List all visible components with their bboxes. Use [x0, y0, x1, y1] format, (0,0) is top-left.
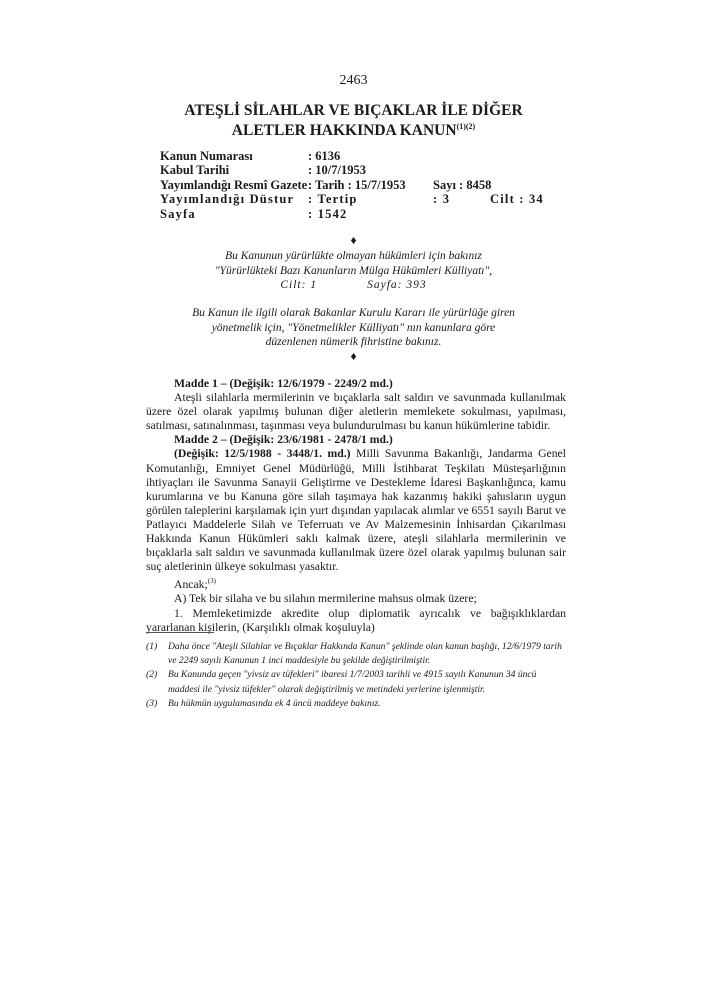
- meta-cilt: Cilt : 34: [490, 192, 544, 206]
- footnote-separator: [146, 632, 214, 633]
- article-2-amendment: (Değişik: 12/5/1988 - 3448/1. md.): [174, 447, 351, 460]
- footnote-text: Bu hükmün uygulamasında ek 4 üncü maddey…: [168, 698, 381, 709]
- meta-tertip-number: : 3: [433, 192, 450, 206]
- article-1-text: Ateşli silahlarla mermilerinin ve bıçakl…: [146, 391, 566, 433]
- meta-gazette-issue: Sayı : 8458: [433, 178, 491, 192]
- footnote-text: Bu Kanunda geçen "yivsiz av tüfekleri" i…: [168, 669, 536, 694]
- note-volume: Cilt: 1: [280, 278, 317, 293]
- title-line-1: ATEŞLİ SİLAHLAR VE BIÇAKLAR İLE DİĞER: [0, 103, 707, 119]
- article-2-heading: Madde 2 – (Değişik: 23/6/1981 - 2478/1 m…: [146, 433, 566, 447]
- footnote-3: (3) Bu hükmün uygulamasında ek 4 üncü ma…: [146, 697, 566, 711]
- meta-value: : 10/7/1953: [308, 163, 366, 177]
- note-line: yönetmelik için, "Yönetmelikler Külliyat…: [0, 321, 707, 336]
- title-line-2: ALETLER HAKKINDA KANUN(1)(2): [0, 119, 707, 139]
- meta-label: Kabul Tarihi: [160, 163, 229, 177]
- item-a: A) Tek bir silaha ve bu silahın mermiler…: [146, 592, 566, 606]
- article-1-heading: Madde 1 – (Değişik: 12/6/1979 - 2249/2 m…: [146, 377, 566, 391]
- meta-label: Sayfa: [160, 207, 196, 221]
- footnote-text: Daha önce "Ateşli Silahlar ve Bıçaklar H…: [168, 641, 562, 666]
- ancak-text: Ancak;: [174, 578, 208, 591]
- note-line: Bu Kanunun yürürlükte olmayan hükümleri …: [0, 249, 707, 264]
- meta-value: : 6136: [308, 149, 340, 163]
- diamond-divider-icon: ♦: [0, 234, 707, 246]
- diamond-divider-icon: ♦: [0, 350, 707, 362]
- footnotes: (1) Daha önce "Ateşli Silahlar ve Bıçakl…: [146, 640, 566, 711]
- note-line: "Yürürlükteki Bazı Kanunların Mülga Hükü…: [0, 264, 707, 279]
- title-line-2-text: ALETLER HAKKINDA KANUN: [232, 122, 457, 139]
- repealed-provisions-note: Bu Kanunun yürürlükte olmayan hükümleri …: [0, 249, 707, 293]
- footnote-number: (2): [146, 668, 157, 682]
- article-2-text: Milli Savunma Bakanlığı, Jandarma Genel …: [146, 447, 566, 573]
- item-1: 1. Memleketimizde akredite olup diplomat…: [146, 607, 566, 635]
- page-number: 2463: [0, 73, 707, 89]
- footnote-number: (3): [146, 697, 157, 711]
- ancak-footnote-ref[interactable]: (3): [208, 577, 216, 585]
- ancak-paragraph: Ancak;(3): [146, 574, 566, 592]
- footnote-1: (1) Daha önce "Ateşli Silahlar ve Bıçakl…: [146, 640, 566, 668]
- note-line: düzenlenen nümerik fihristine bakınız.: [0, 335, 707, 350]
- footnote-2: (2) Bu Kanunda geçen "yivsiz av tüfekler…: [146, 668, 566, 696]
- document-title: ATEŞLİ SİLAHLAR VE BIÇAKLAR İLE DİĞER AL…: [0, 103, 707, 139]
- note-page: Sayfa: 393: [367, 278, 427, 293]
- meta-label: Yayımlandığı Düstur: [160, 192, 294, 206]
- meta-value: : Tertip: [308, 192, 358, 206]
- note-line: Bu Kanun ile ilgili olarak Bakanlar Kuru…: [0, 306, 707, 321]
- regulations-note: Bu Kanun ile ilgili olarak Bakanlar Kuru…: [0, 306, 707, 350]
- meta-value: : Tarih : 15/7/1953: [308, 178, 406, 192]
- meta-label: Yayımlandığı Resmî Gazete: [160, 178, 307, 192]
- meta-value: : 1542: [308, 207, 348, 221]
- title-footnote-refs[interactable]: (1)(2): [457, 122, 476, 131]
- note-volume-page: Cilt: 1Sayfa: 393: [0, 278, 707, 293]
- footnote-number: (1): [146, 640, 157, 654]
- law-body: Madde 1 – (Değişik: 12/6/1979 - 2249/2 m…: [146, 377, 566, 635]
- meta-label: Kanun Numarası: [160, 149, 253, 163]
- article-2-paragraph: (Değişik: 12/5/1988 - 3448/1. md.) Milli…: [146, 447, 566, 574]
